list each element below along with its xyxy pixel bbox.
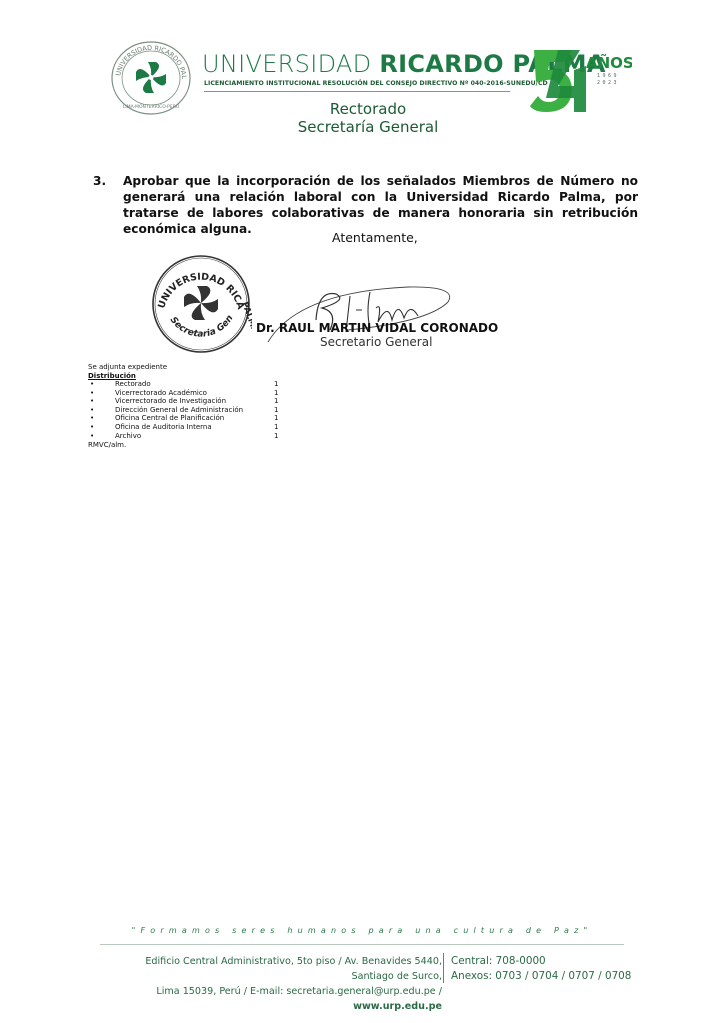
anniversary-logo: AÑOS 1969 2023 [528, 44, 632, 116]
distribution-item: •Vicerrectorado de Investigación1 [88, 397, 288, 406]
bullet-icon: • [90, 432, 94, 441]
office-secondary: Secretaría General [0, 118, 724, 136]
bullet-icon: • [90, 423, 94, 432]
item-number: 3. [93, 173, 106, 189]
bullet-icon: • [90, 406, 94, 415]
license-line: LICENCIAMIENTO INSTITUCIONAL RESOLUCIÓN … [204, 80, 548, 87]
distribution-recipient: Vicerrectorado de Investigación [115, 397, 226, 406]
signer-title: Secretario General [320, 335, 432, 349]
svg-text:PALMA -: PALMA - [239, 301, 252, 341]
distribution-qty: 1 [274, 397, 278, 406]
closing-salutation: Atentamente, [332, 230, 418, 245]
distribution-recipient: Rectorado [115, 380, 151, 389]
bullet-icon: • [90, 397, 94, 406]
svg-text:1969: 1969 [597, 73, 619, 79]
website-link[interactable]: www.urp.edu.pe [353, 1001, 442, 1012]
distribution-item: •Archivo1 [88, 432, 288, 441]
distribution-list: •Rectorado1 •Vicerrectorado Académico1 •… [88, 380, 288, 440]
distribution-item: •Oficina de Auditoria Interna1 [88, 423, 288, 432]
header-divider [204, 91, 510, 92]
annex-phones: Anexos: 0703 / 0704 / 0707 / 0708 [451, 969, 631, 984]
distribution-qty: 1 [274, 414, 278, 423]
address-line-1: Edificio Central Administrativo, 5to pis… [110, 954, 442, 984]
attachment-note: Se adjunta expediente [88, 363, 167, 372]
bullet-icon: • [90, 389, 94, 398]
footer-address: Edificio Central Administrativo, 5to pis… [110, 954, 442, 1014]
footer-vertical-divider [443, 953, 444, 983]
university-name-light: UNIVERSIDAD [202, 50, 371, 78]
footer-contact: Central: 708-0000 Anexos: 0703 / 0704 / … [451, 954, 631, 984]
distribution-recipient: Oficina de Auditoria Interna [115, 423, 212, 432]
item-text: Aprobar que la incorporación de los seña… [123, 173, 638, 237]
distribution-item: •Vicerrectorado Académico1 [88, 389, 288, 398]
resolution-item: 3. Aprobar que la incorporación de los s… [93, 173, 638, 237]
footer-divider [100, 944, 624, 945]
distribution-recipient: Oficina Central de Planificación [115, 414, 224, 423]
central-phone: Central: 708-0000 [451, 954, 631, 969]
distribution-qty: 1 [274, 389, 278, 398]
bullet-icon: • [90, 380, 94, 389]
distribution-item: •Oficina Central de Planificación1 [88, 414, 288, 423]
distribution-qty: 1 [274, 423, 278, 432]
distribution-item: •Dirección General de Administración1 [88, 406, 288, 415]
footer-motto: "Formamos seres humanos para una cultura… [0, 926, 724, 935]
distribution-qty: 1 [274, 406, 278, 415]
bullet-icon: • [90, 414, 94, 423]
svg-text:2023: 2023 [597, 80, 619, 86]
distribution-recipient: Dirección General de Administración [115, 406, 243, 415]
distribution-qty: 1 [274, 432, 278, 441]
signer-name: Dr. RAUL MARTIN VIDAL CORONADO [256, 321, 498, 335]
distribution-qty: 1 [274, 380, 278, 389]
distribution-item: •Rectorado1 [88, 380, 288, 389]
reference-initials: RMVC/alm. [88, 441, 126, 450]
address-line-2: Lima 15039, Perú / E-mail: secretaria.ge… [110, 984, 442, 1014]
distribution-recipient: Vicerrectorado Académico [115, 389, 207, 398]
address-email: Lima 15039, Perú / E-mail: secretaria.ge… [156, 986, 442, 997]
anniversary-label: AÑOS [586, 53, 632, 72]
secretaria-general-stamp: UNIVERSIDAD RICARDO PALMA - Secretaria G… [150, 253, 252, 355]
distribution-recipient: Archivo [115, 432, 141, 441]
